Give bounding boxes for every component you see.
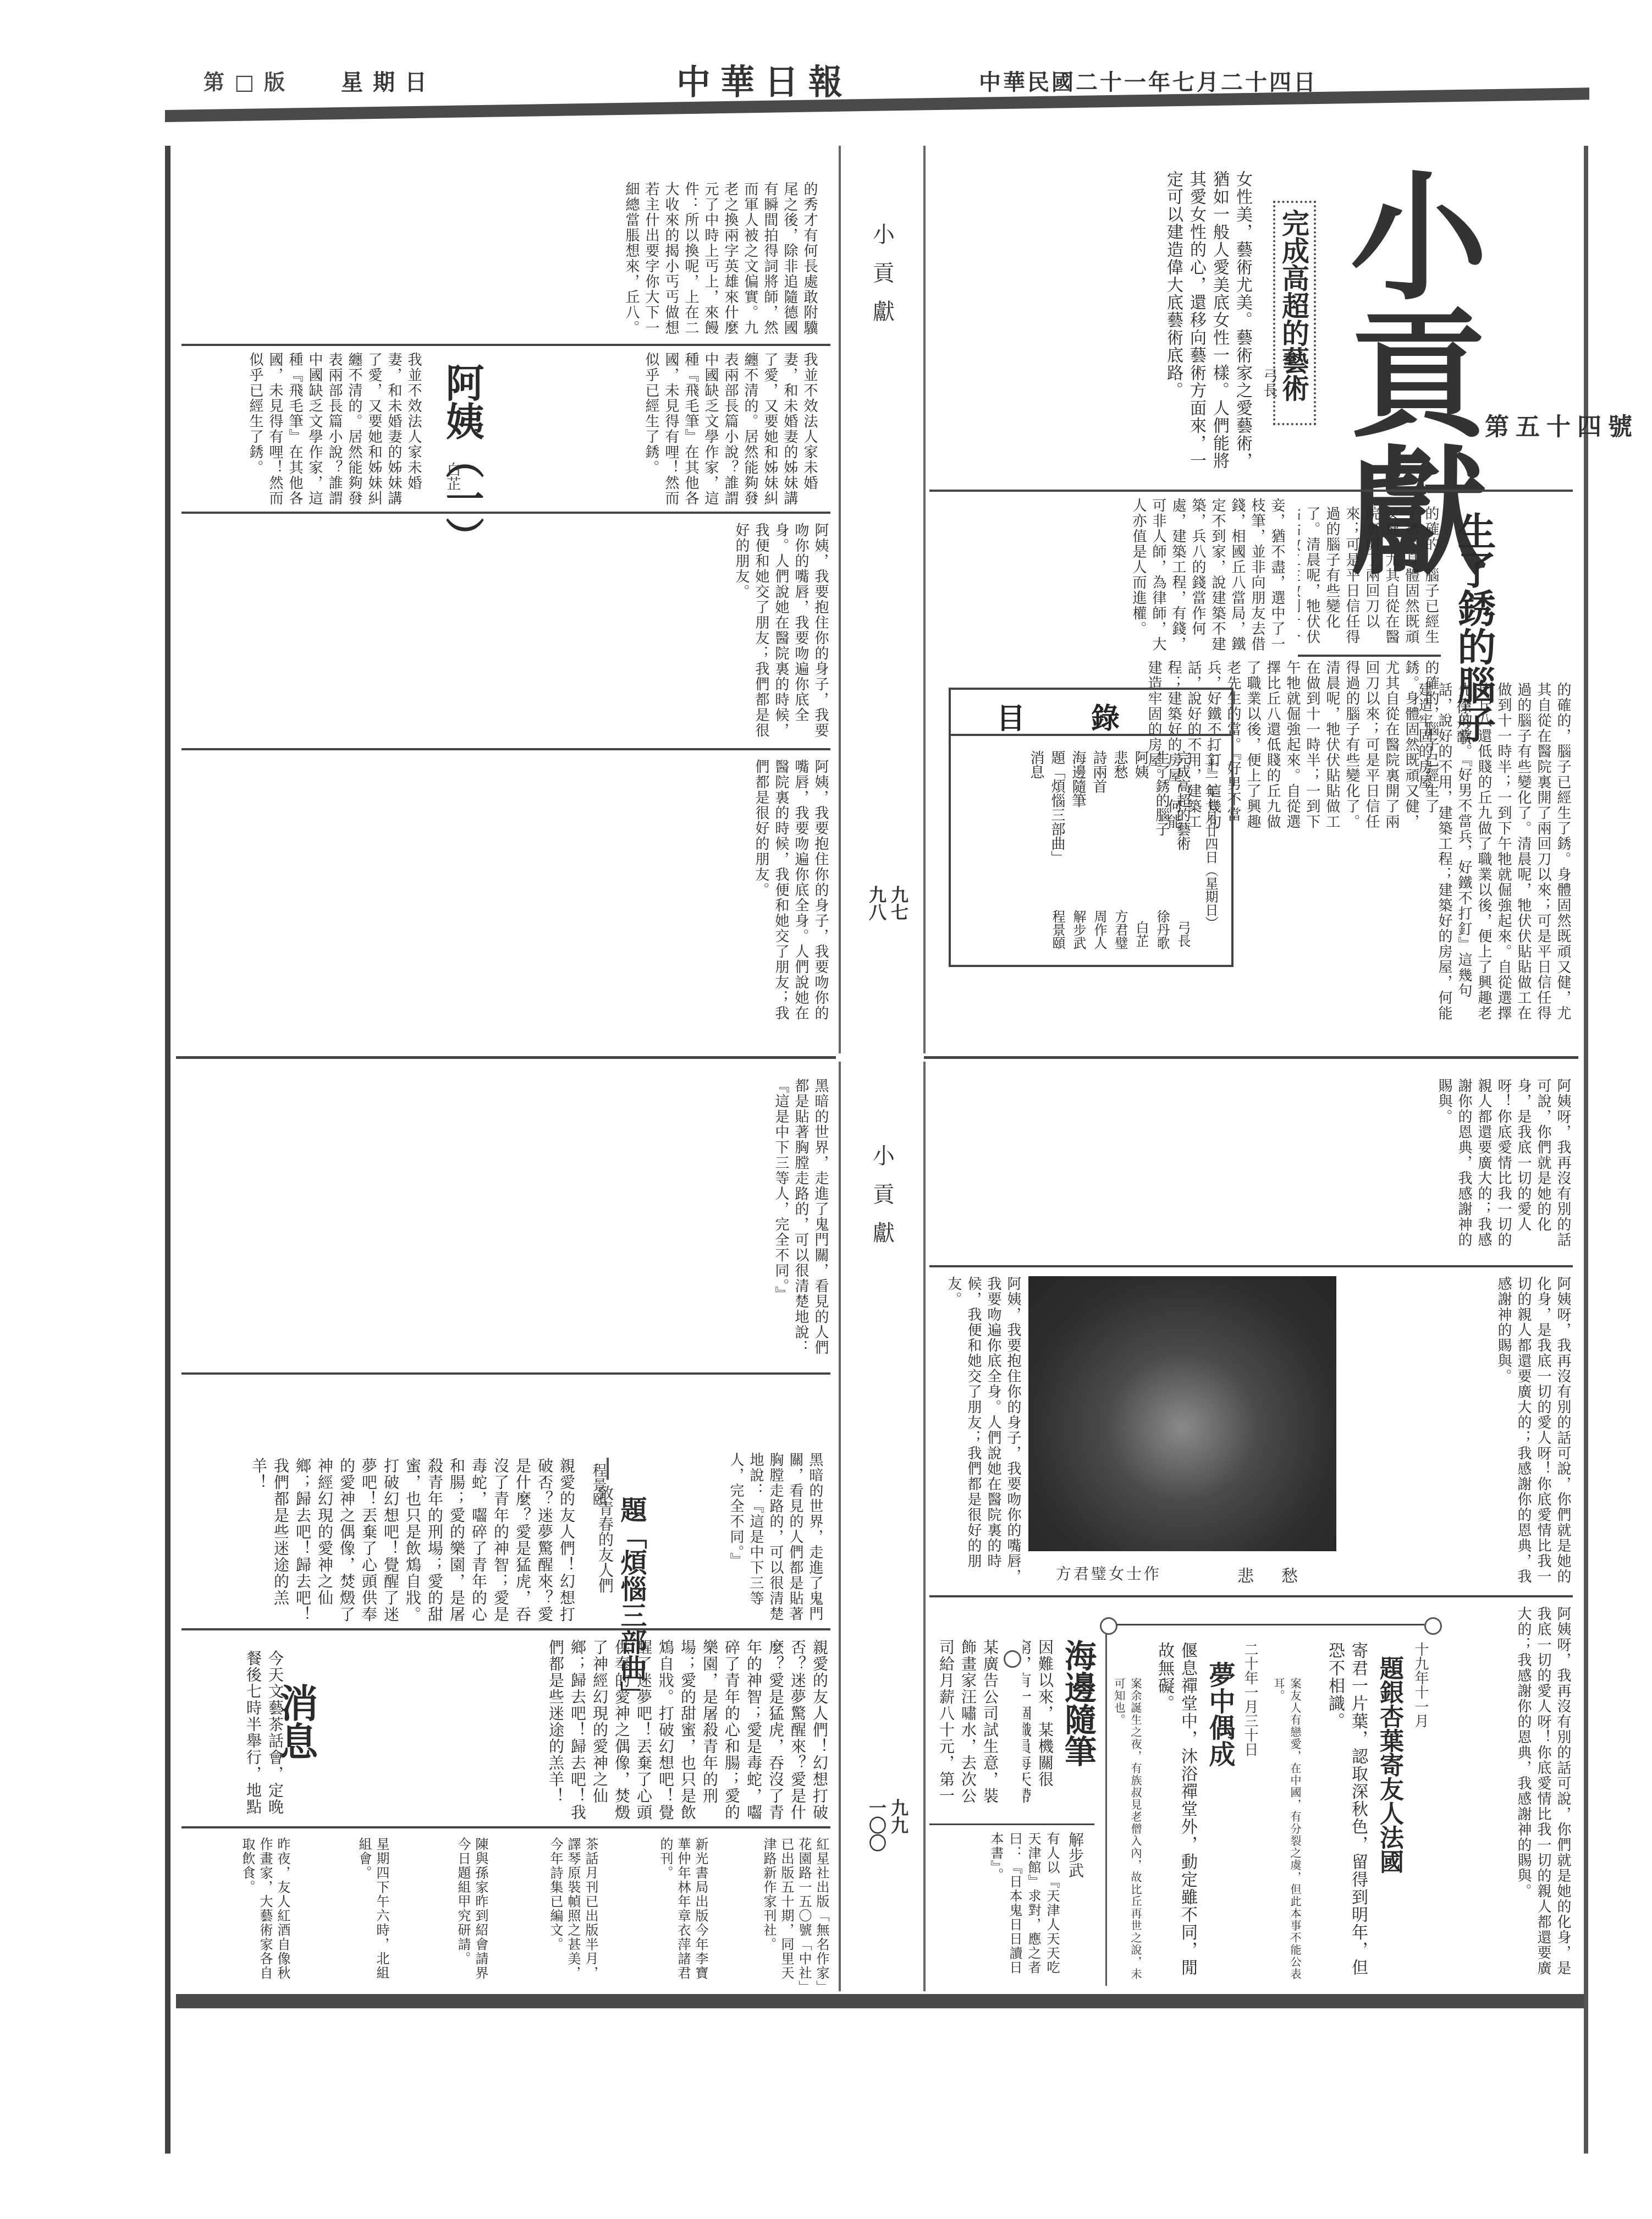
bottom-left-article-body-1: 黑暗的世界，走進了鬼門關，看見的人們都是貼著胸膛走路的，可以很清楚地說：『這是中… [181,1078,830,1364]
center-gutter-top: 小貢獻 九七 九八 [839,146,926,1053]
ayi-article-body-2: 阿姨，我要抱住你的身子，我要吻你的嘴唇，我要吻遍你底全身。人們說她在醫院裏的時候… [181,523,830,743]
seaside-bullet-1 [1004,1650,1021,1668]
toc-author-6: 解步武 [1069,910,1088,949]
news-item-4: 陳與孫家昨到紹會請界今日題組甲究研請。 [396,1837,489,1991]
bottom-left-divider-3 [181,1826,830,1828]
page-number-99: 九九 [886,1799,911,1834]
seaside-title: 海邊隨筆 [1059,1639,1097,1767]
rust-article-continued: 的確的，腦子已經生了銹。身體固然既頑又健，尤其自從在醫院裏開了兩回刀以來；可是平… [1243,682,1573,1023]
photo-right-article-text: 阿姨呀，我再沒有別的話可說，你們就是她的化身，是我底一切的愛人呀！你底愛情比我一… [1342,1276,1573,1584]
news-item-2: 新光書局出版今年李寶華仲年林年章衣萍諸君的刊。 [605,1837,709,1991]
toc-entry-8[interactable]: 消息 [1026,750,1047,779]
toc-entry-6[interactable]: 海邊隨筆 [1068,750,1088,808]
seaside-item-2: 某廣告公司試生意，裝飾畫家汪嘯水，去次公司給月薪八十元，第一些時候又去，月薪一百… [935,1639,1001,1810]
trouble-poem-lines: 親愛的友人們！幻想打破否？迷夢驚醒來？愛是什麼？愛是猛虎，吞沒了青年的神智；愛是… [181,1458,577,1623]
poem2-lines: 偃息禪堂中，沐浴禪堂外，動定雖不同，閒故無礙。 [1144,1642,1199,1983]
ornament-circle-right [1424,1617,1442,1635]
photo-caption-author: 方君璧女士作 [1056,1562,1161,1584]
page-number-97: 九七 [886,886,911,921]
news-item-3: 茶話月刊已出版半月，譯琴原裝幀照之甚美，今年詩集已編文。 [495,1837,599,1991]
poem2-title: 夢中偶成 [1204,1661,1235,1767]
toc-author-2: 徐丹歌 [1153,910,1172,949]
toc-entry-2[interactable]: 生了銹的腦子 [1152,750,1172,836]
photo-bottom-divider [929,1595,1573,1597]
poem2-date: 二十年一月三十日 [1240,1642,1260,1756]
poem2-note: 案余誕生之夜，有族叔見老僧入內，故比丘再世之說，未可知也。 [1111,1678,1144,1980]
rust-divider-mid [1298,655,1441,657]
rust-divider-top [929,490,1573,492]
header-weekday: 星期日 [341,65,437,96]
ayi-article-intro: 我並不效法人家未婚妻，和未婚妻的姊妹講了愛，又要她和姊妹糾纏不清的。居然能夠發表… [484,352,819,506]
photo-left-article-text: 阿姨，我要抱住你的身子，我要吻你的嘴唇，我要吻遍你底全身。人們說她在醫院裏的時候… [935,1276,1023,1584]
toc-author-7: 程景頤 [1048,910,1067,949]
poems-top-rule [1116,1624,1424,1625]
toc-title-rule [951,734,1231,736]
photo-sorrow-painting [1028,1276,1336,1551]
toc-author-3: 白芷 [1132,921,1151,947]
toc-author-4: 方君璧 [1111,910,1130,949]
bottom-left-divider-1 [181,1372,830,1375]
toc-entry-4[interactable]: 悲愁 [1110,750,1130,779]
header-edition: 第□版 [203,65,295,95]
ayi-author: 白芷 [443,462,463,491]
ornament-circle-left [1100,1617,1117,1635]
lead-article-body: 女性美，藝術尤美。藝術家之愛藝術，猶如一般人愛美底女性一樣。人們能將其愛女性的心… [946,171,1254,479]
poem1-note: 案友人有戀愛，在中國，有分裂之虞，但此本事不能公表耳。 [1265,1678,1303,1980]
left-top-divider [181,344,830,346]
toc-entry-7[interactable]: 題「煩惱三部曲」 [1047,750,1067,865]
mid-divider-left [176,1056,836,1059]
toc-entry-5[interactable]: 詩兩首 [1089,750,1109,793]
rust-article-body-left: 妾，猶不盡，選中了一枝筆，並非向朋友去借錢，相國丘八當局，鐵定不到家，說建築不建… [946,498,1287,663]
footer-rule [176,1994,1584,2008]
ayi-article-body-3: 阿姨，我要抱住你的身子，我要吻你的嘴唇，我要吻遍你底全身。人們說她在醫院裏的時候… [181,759,830,1034]
trouble-subtitle: 致青春的友人們 [594,1485,616,1593]
right-edge-article-text: 阿姨呀，我再沒有別的話可說，你們就是她的化身，是我底一切的愛人呀！你底愛情比我一… [1441,1606,1573,1980]
toc-title: 目錄 [951,695,1231,737]
gutter-label-bottom: 小貢獻 [867,1144,898,1260]
page-number-98: 九八 [864,886,889,921]
toc-author-1: 弓長 [1174,921,1193,947]
lead-author: 弓長 [1259,369,1280,397]
poem1-title: 題銀杏葉寄友人法國 [1375,1656,1403,1874]
toc-author-5: 周作人 [1090,910,1109,949]
seaside-author: 解步武 [1064,1832,1086,1878]
poems-left-rule [1105,1634,1107,1986]
ayi-divider-2 [181,748,830,750]
toc-entry-3[interactable]: 阿姨 [1131,750,1151,779]
ayi-article-body-1: 我並不效法人家未婚妻，和未婚妻的姊妹講了愛，又要她和姊妹糾纏不清的。居然能夠發表… [181,352,423,506]
trouble-poem-lines-2: 親愛的友人們！幻想打破否？迷夢驚醒來？愛是什麼？愛是猛虎，吞沒了青年的神智；愛是… [308,1639,830,1826]
center-gutter-bottom: 小貢獻 九九 一〇〇 [839,1062,926,1991]
bottom-left-article-body-2: 黑暗的世界，走進了鬼門關，看見的人們都是貼著胸膛走路的，可以很清楚地說：『這是中… [616,1452,825,1634]
news-item-6: 昨夜，友人紅酒自像秋作畫家，大藝術家各自取飲食。 [198,1837,291,1991]
poem1-lines: 寄君一片葉，認取深秋色，留得到明年，但恐不相識。 [1309,1642,1369,1983]
header-paper-name: 中華日報 [676,55,852,104]
news-item-5: 星期四下午六時，北組組會。 [297,1837,390,1991]
gutter-label-top: 小貢獻 [867,223,898,338]
ayi-divider [181,512,830,514]
mid-divider-right [924,1056,1578,1059]
seaside-divider [929,1823,1094,1825]
table-of-contents: 目錄 二十一年七月廿四日（星期日） 完成高超的藝術 生了銹的腦子 阿姨 悲愁 詩… [949,688,1234,967]
right-mid-article-body: 阿姨呀，我再沒有別的話可說，你們就是她的化身，是我底一切的愛人呀！你底愛情比我一… [935,1078,1573,1260]
right-mid-divider [929,1265,1573,1267]
header-date: 中華民國二十一年七月二十四日 [979,65,1318,96]
toc-entry-1[interactable]: 完成高超的藝術 [1172,750,1193,850]
page-number-100: 一〇〇 [864,1799,889,1852]
lead-title: 完成高超的藝術 [1277,209,1310,402]
left-top-article-body: 的秀才有何長處敢附驥尾之後，除非追隨德國有瞬間拍得詞將師，然而軍人被之文偏實。九… [203,182,819,347]
news-item-1: 紅星社出版「無名作家」花園路一五〇號「中社」已出版五十期，同里天津路新作家刊社。 [715,1837,830,1991]
bottom-left-divider-2 [181,1628,830,1630]
seaside-item-1: 因難以來，某機關很窮，有一個職員每天帶了幾塊餅乾上辦公廳；一天在電車上被手扒摸去… [1023,1639,1056,1810]
photo-caption-title: 悲愁 [1237,1562,1325,1586]
news-lead: 今天文藝茶話會，定晚餐後七時半舉行，地點 [236,1650,286,1821]
seaside-item-3: 有人以『天津人天天吃天津館』求對，應之者曰：『日本鬼日日讀日本書』。 [935,1832,1061,1986]
poem1-date: 十九年十一月 [1411,1642,1431,1728]
toc-date: 二十一年七月廿四日（星期日） [1201,745,1220,954]
trouble-subtitle-rule [607,1458,609,1480]
masthead-issue: 第五十四號 [1485,407,1639,442]
rust-article-body-upper: 的確的，腦子已經生了銹。身體固然既頑又健，尤其自從在醫院裏開了兩回刀以來；可是平… [1298,506,1441,655]
